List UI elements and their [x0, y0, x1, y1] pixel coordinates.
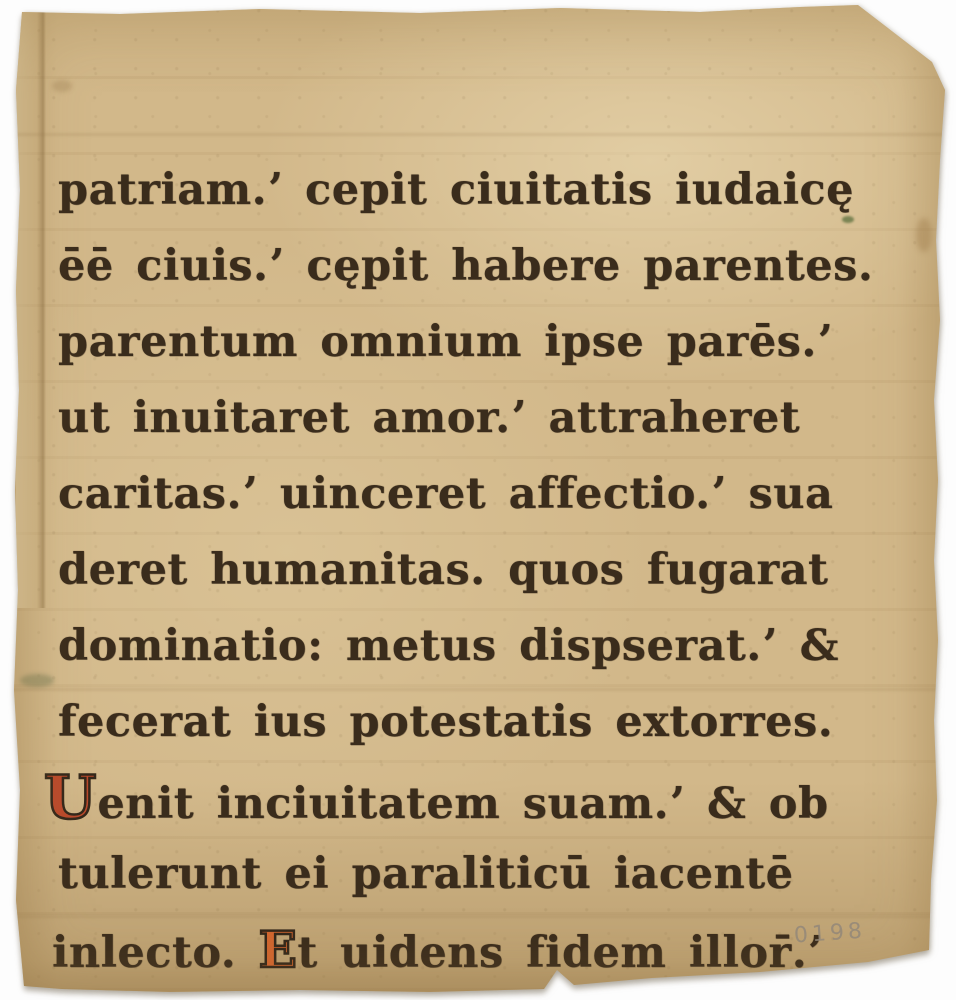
text-line-7: dominatio: metus dispserat.ʼ & [58, 608, 908, 684]
text-line-11-rest: t uidens fidem illor̄.ʼ [297, 928, 822, 978]
text-block: patriam.ʼ cepit ciuitatis iudaicę ēē ciu… [58, 152, 908, 988]
text-line-2: ēē ciuis.ʼ cępit habere parentes. [58, 228, 908, 304]
text-line-9: Uenit inciuitatem suam.ʼ & ob [44, 760, 908, 836]
text-line-11-start: inlecto. [52, 928, 259, 978]
text-line-9-rest: enit inciuitatem suam.ʼ & ob [97, 779, 828, 829]
text-line-8: fecerat ius potestatis extorres. [58, 684, 908, 760]
horizontal-crease [0, 133, 956, 136]
manuscript-leaf: patriam.ʼ cepit ciuitatis iudaicę ēē ciu… [0, 0, 956, 1000]
text-line-3: parentum omnium ipse parēs.ʼ [58, 304, 908, 380]
green-smudge [20, 674, 54, 687]
brown-smudge [916, 218, 932, 252]
brown-spot [52, 80, 72, 92]
text-line-11: inlecto. Et uidens fidem illor̄.ʼ [52, 912, 908, 988]
scan-page: patriam.ʼ cepit ciuitatis iudaicę ēē ciu… [0, 0, 956, 1000]
text-line-1: patriam.ʼ cepit ciuitatis iudaicę [58, 152, 908, 228]
pencil-folio-number: 0198 [793, 919, 867, 949]
text-line-4: ut inuitaret amor.ʼ attraheret [58, 380, 908, 456]
rubricated-initial-e: E [259, 920, 298, 979]
leaf-shadow: patriam.ʼ cepit ciuitatis iudaicę ēē ciu… [0, 0, 956, 1000]
rubricated-initial-u: U [44, 763, 97, 833]
text-line-6: deret humanitas. quos fugarat [58, 532, 908, 608]
text-line-5: caritas.ʼ uinceret affectio.ʼ sua [58, 456, 908, 532]
text-line-10: tulerunt ei paraliticū iacentē [58, 836, 908, 912]
